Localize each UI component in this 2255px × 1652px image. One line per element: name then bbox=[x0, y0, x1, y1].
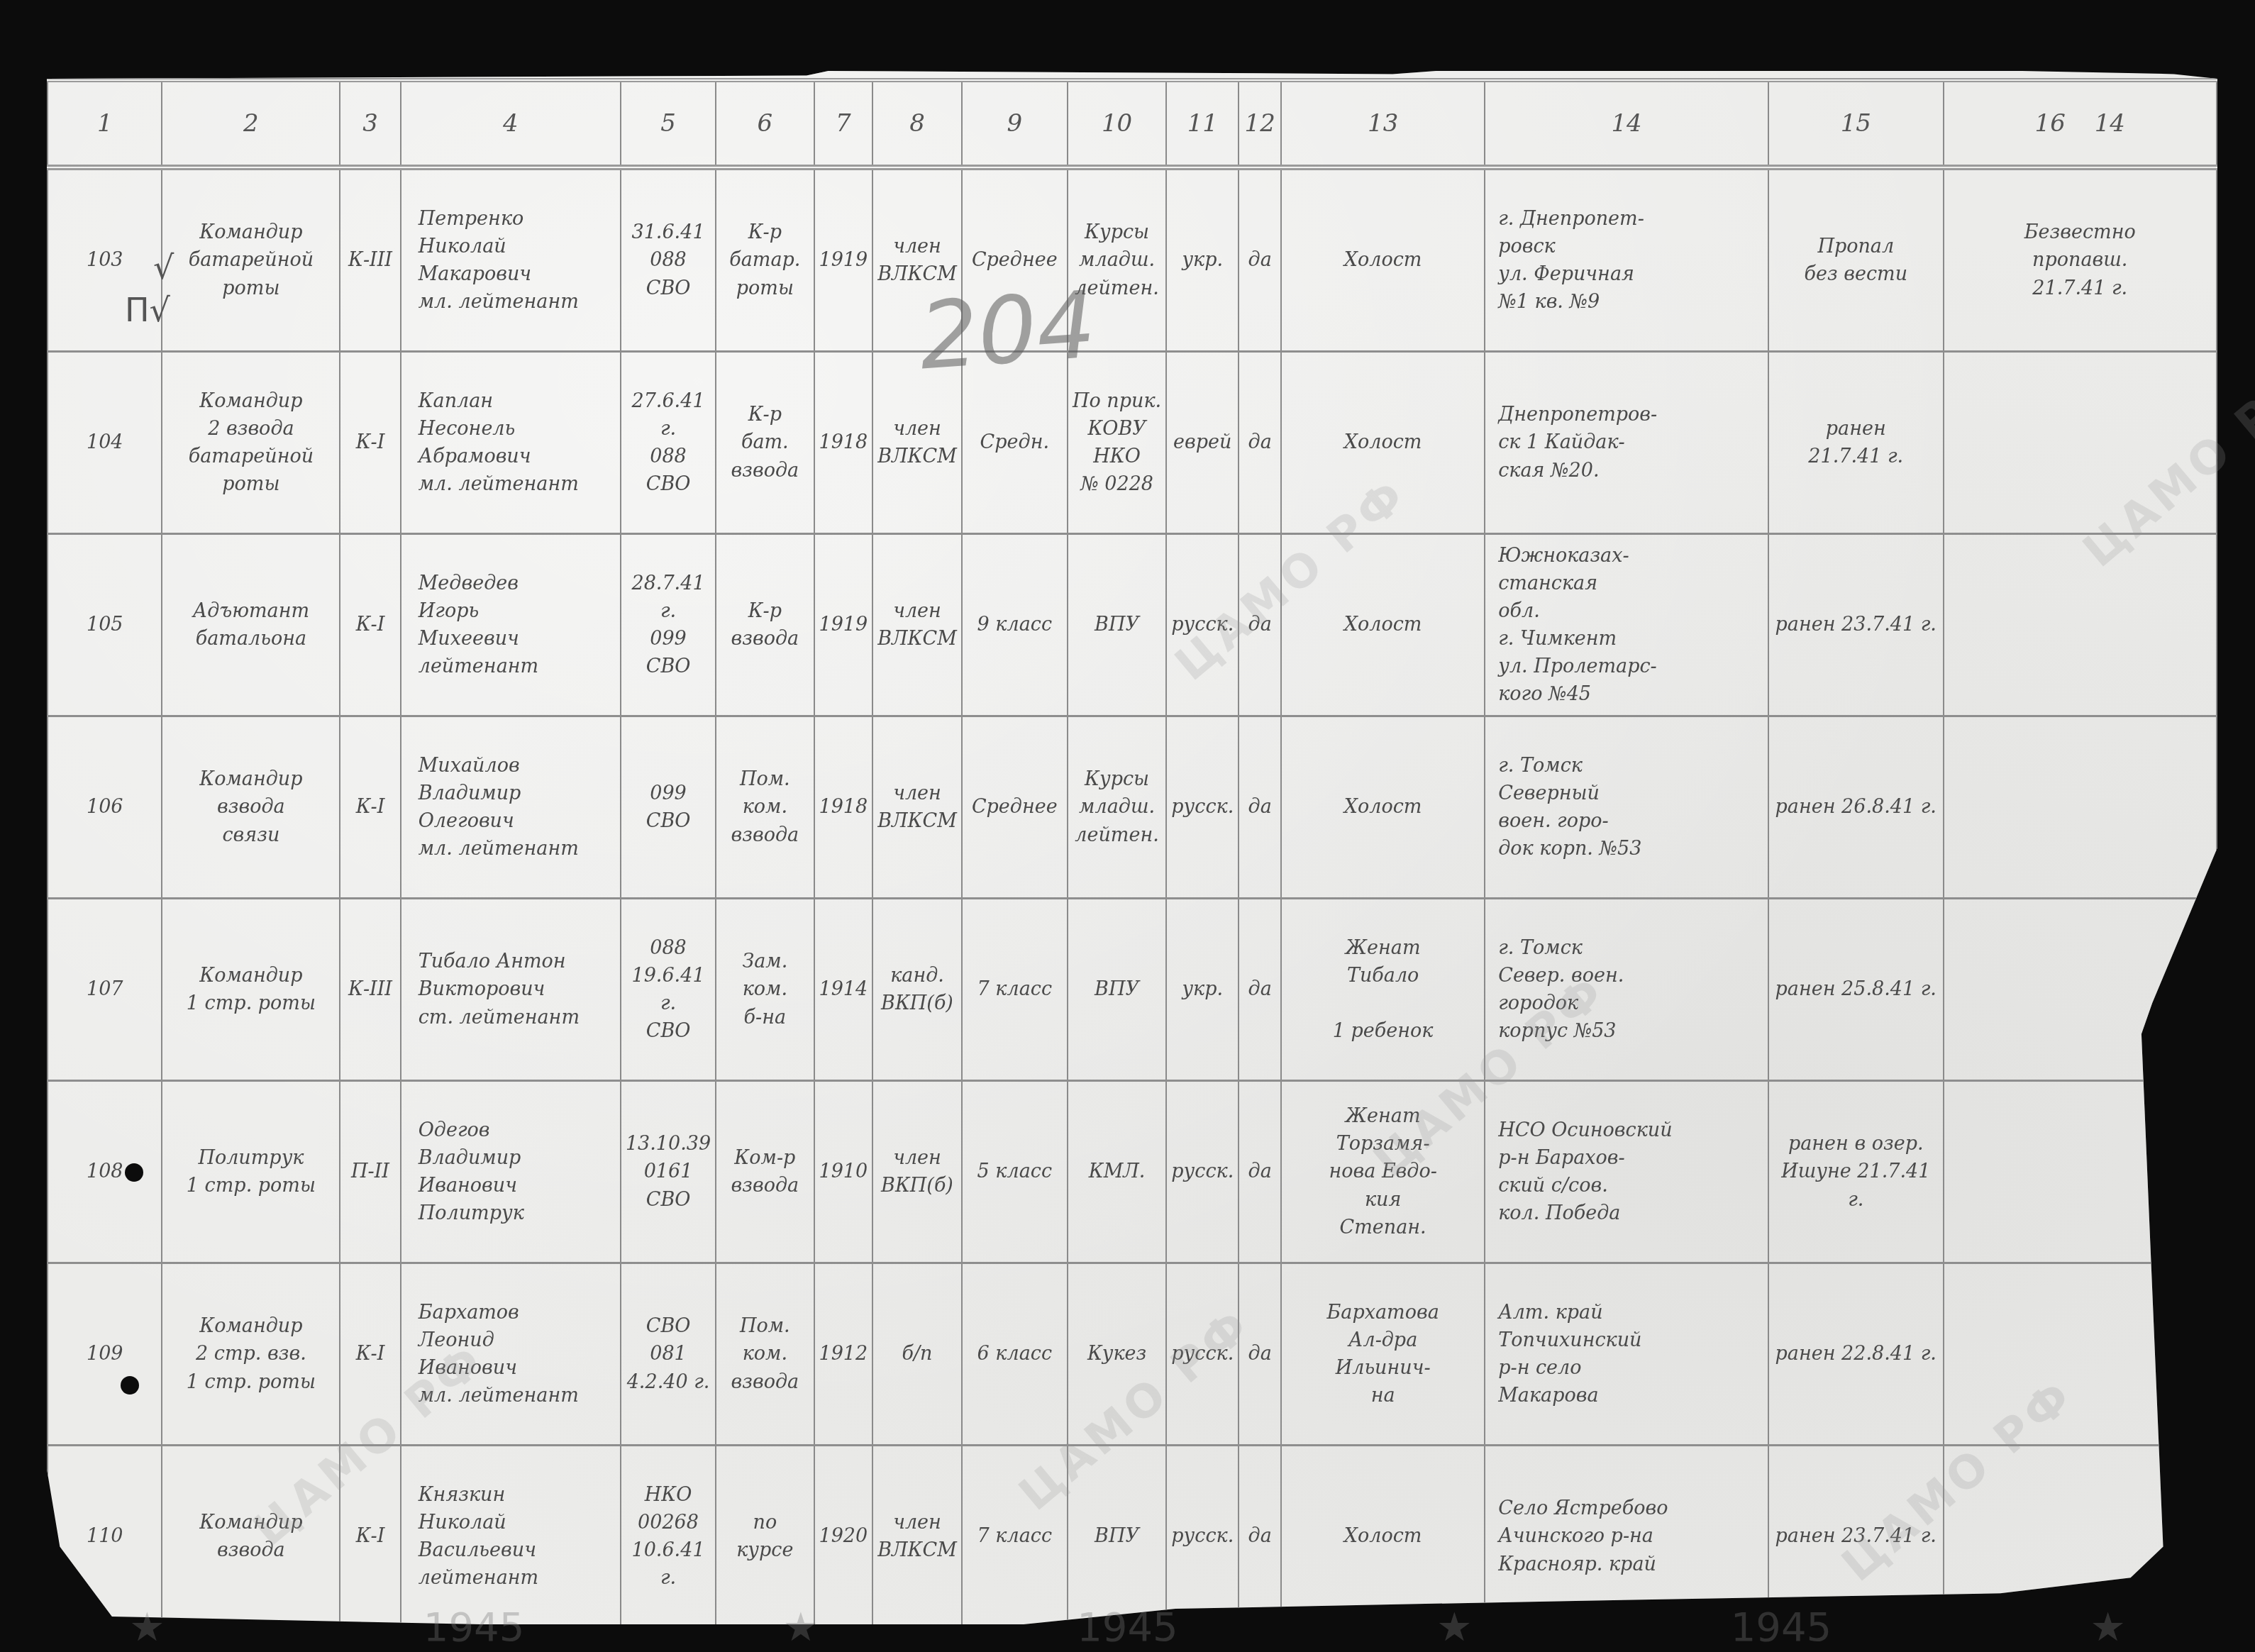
cell-position: Политрук 1 стр. роты bbox=[162, 1081, 340, 1263]
col-header: 4 bbox=[401, 80, 621, 167]
cell-birth-year: 1914 bbox=[814, 899, 873, 1081]
cell-fate: Пропал без вести bbox=[1768, 167, 1944, 352]
cell-party: член ВЛКСМ bbox=[872, 716, 962, 899]
cell-birth-year: 1910 bbox=[814, 1081, 873, 1263]
cell-family: Холост bbox=[1281, 1446, 1485, 1628]
cell-position: Командир взвода связи bbox=[162, 716, 340, 899]
table-row: 104Командир 2 взвода батарейной ротыК-IК… bbox=[48, 352, 2217, 534]
cell-order: СВО 081 4.2.40 г. bbox=[621, 1263, 716, 1446]
col-header: 1 bbox=[48, 80, 162, 167]
cell-order: 31.6.41 088 СВО bbox=[621, 167, 716, 352]
cell-fate: ранен 21.7.41 г. bbox=[1768, 352, 1944, 534]
col-header: 3 bbox=[340, 80, 400, 167]
cell-category: К-III bbox=[340, 167, 400, 352]
cell-party: канд. ВКП(б) bbox=[872, 899, 962, 1081]
cell-education: 6 класс bbox=[962, 1263, 1068, 1446]
cell-col12: да bbox=[1239, 1446, 1281, 1628]
corner-mark: П√ bbox=[125, 291, 170, 329]
cell-education: 5 класс bbox=[962, 1081, 1068, 1263]
cell-appointed: Зам. ком. б-на bbox=[716, 899, 814, 1081]
column-number-header: 1 2 3 4 5 6 7 8 9 10 11 12 13 14 15 16 1… bbox=[48, 80, 2217, 167]
cell-family: Холост bbox=[1281, 716, 1485, 899]
table-row: 105Адъютант батальонаК-IМедведев Игорь М… bbox=[48, 534, 2217, 716]
col-header: 13 bbox=[1281, 80, 1485, 167]
col-header: 9 bbox=[962, 80, 1068, 167]
cell-name: Михайлов Владимир Олегович мл. лейтенант bbox=[401, 716, 621, 899]
year-mark: 1945 bbox=[423, 1604, 525, 1651]
cell-category: П-II bbox=[340, 1081, 400, 1263]
cell-col12: да bbox=[1239, 716, 1281, 899]
cell-military-edu: Курсы младш. лейтен. bbox=[1068, 716, 1167, 899]
cell-note: Безвестно пропавш. 21.7.41 г. bbox=[1944, 167, 2217, 352]
cell-birth-year: 1912 bbox=[814, 1263, 873, 1446]
col-header: 12 bbox=[1239, 80, 1281, 167]
table-row: 106Командир взвода связиК-IМихайлов Влад… bbox=[48, 716, 2217, 899]
cell-col12: да bbox=[1239, 167, 1281, 352]
star-icon: ★ bbox=[783, 1604, 819, 1651]
cell-order: 27.6.41 г. 088 СВО bbox=[621, 352, 716, 534]
col-header: 15 bbox=[1768, 80, 1944, 167]
cell-num: 104 bbox=[48, 352, 162, 534]
cell-birth-year: 1918 bbox=[814, 352, 873, 534]
cell-num: 108 bbox=[48, 1081, 162, 1263]
cell-note bbox=[1944, 1081, 2217, 1263]
cell-name: Каплан Несонель Абрамович мл. лейтенант bbox=[401, 352, 621, 534]
cell-education: Среднее bbox=[962, 716, 1068, 899]
cell-name: Медведев Игорь Михеевич лейтенант bbox=[401, 534, 621, 716]
cell-order: 088 19.6.41 г. СВО bbox=[621, 899, 716, 1081]
cell-category: К-III bbox=[340, 899, 400, 1081]
cell-category: К-I bbox=[340, 352, 400, 534]
cell-position: Командир батарейной роты bbox=[162, 167, 340, 352]
col-header: 11 bbox=[1166, 80, 1239, 167]
cell-education: 7 класс bbox=[962, 899, 1068, 1081]
col-header: 6 bbox=[716, 80, 814, 167]
cell-party: б/п bbox=[872, 1263, 962, 1446]
cell-birth-year: 1920 bbox=[814, 1446, 873, 1628]
cell-family: Женат Тибало 1 ребенок bbox=[1281, 899, 1485, 1081]
star-icon: ★ bbox=[129, 1604, 165, 1651]
cell-note bbox=[1944, 716, 2217, 899]
cell-col12: да bbox=[1239, 1081, 1281, 1263]
cell-fate: ранен 23.7.41 г. bbox=[1768, 534, 1944, 716]
cell-appointed: Ком-р взвода bbox=[716, 1081, 814, 1263]
col-header: 16 14 bbox=[1944, 80, 2217, 167]
cell-nationality: еврей bbox=[1166, 352, 1239, 534]
cell-nationality: укр. bbox=[1166, 167, 1239, 352]
cell-military-edu: ВПУ bbox=[1068, 899, 1167, 1081]
cell-nationality: русск. bbox=[1166, 1081, 1239, 1263]
star-icon: ★ bbox=[1436, 1604, 1472, 1651]
cell-appointed: по курсе bbox=[716, 1446, 814, 1628]
cell-position: Командир 1 стр. роты bbox=[162, 899, 340, 1081]
cell-birth-year: 1919 bbox=[814, 167, 873, 352]
col-header-label: 16 bbox=[2035, 109, 2066, 138]
cell-address: Днепропетров- ск 1 Кайдак- ская №20. bbox=[1485, 352, 1768, 534]
col-header: 2 bbox=[162, 80, 340, 167]
cell-fate: ранен в озер. Ишуне 21.7.41 г. bbox=[1768, 1081, 1944, 1263]
cell-education: 9 класс bbox=[962, 534, 1068, 716]
archive-stamp-number: 204 bbox=[916, 271, 1099, 391]
cell-address: г. Днепропет- ровск ул. Феричная №1 кв. … bbox=[1485, 167, 1768, 352]
cell-appointed: Пом. ком. взвода bbox=[716, 716, 814, 899]
col-header: 5 bbox=[621, 80, 716, 167]
cell-col12: да bbox=[1239, 352, 1281, 534]
cell-category: К-I bbox=[340, 534, 400, 716]
col-header: 10 bbox=[1068, 80, 1167, 167]
cell-family: Холост bbox=[1281, 167, 1485, 352]
archive-footer-band: ★1945★1945★1945★ bbox=[0, 1602, 2255, 1652]
table-row: 103Командир батарейной ротыК-IIIПетренко… bbox=[48, 167, 2217, 352]
cell-name: Тибало Антон Викторович ст. лейтенант bbox=[401, 899, 621, 1081]
cell-note bbox=[1944, 534, 2217, 716]
cell-birth-year: 1918 bbox=[814, 716, 873, 899]
check-mark: √ bbox=[153, 248, 174, 287]
star-icon: ★ bbox=[2090, 1604, 2126, 1651]
year-mark: 1945 bbox=[1077, 1604, 1178, 1651]
cell-address: Южноказах- станская обл. г. Чимкент ул. … bbox=[1485, 534, 1768, 716]
cell-note bbox=[1944, 1263, 2217, 1446]
cell-party: член ВКП(б) bbox=[872, 1081, 962, 1263]
table-row: 107Командир 1 стр. ротыК-IIIТибало Антон… bbox=[48, 899, 2217, 1081]
cell-address: Алт. край Топчихинский р-н село Макарова bbox=[1485, 1263, 1768, 1446]
cell-num: 107 bbox=[48, 899, 162, 1081]
cell-address: Село Ястребово Ачинского р-на Краснояр. … bbox=[1485, 1446, 1768, 1628]
cell-party: член ВЛКСМ bbox=[872, 1446, 962, 1628]
cell-appointed: К-р взвода bbox=[716, 534, 814, 716]
cell-name: Князкин Николай Васильевич лейтенант bbox=[401, 1446, 621, 1628]
cell-fate: ранен 26.8.41 г. bbox=[1768, 716, 1944, 899]
cell-name: Одегов Владимир Иванович Политрук bbox=[401, 1081, 621, 1263]
cell-position: Командир 2 взвода батарейной роты bbox=[162, 352, 340, 534]
header-extra-mark: 14 bbox=[2095, 109, 2125, 138]
cell-position: Адъютант батальона bbox=[162, 534, 340, 716]
cell-col12: да bbox=[1239, 1263, 1281, 1446]
cell-appointed: К-р бат. взвода bbox=[716, 352, 814, 534]
cell-col12: да bbox=[1239, 899, 1281, 1081]
cell-order: 13.10.39 0161 СВО bbox=[621, 1081, 716, 1263]
table-row: 108Политрук 1 стр. ротыП-IIОдегов Владим… bbox=[48, 1081, 2217, 1263]
cell-num: 105 bbox=[48, 534, 162, 716]
cell-address: г. Томск Северный воен. горо- док корп. … bbox=[1485, 716, 1768, 899]
cell-note bbox=[1944, 899, 2217, 1081]
cell-military-edu: ВПУ bbox=[1068, 534, 1167, 716]
cell-category: К-I bbox=[340, 716, 400, 899]
cell-order: НКО 00268 10.6.41 г. bbox=[621, 1446, 716, 1628]
cell-appointed: К-р батар. роты bbox=[716, 167, 814, 352]
cell-address: НСО Осиновский р-н Барахов- ский с/сов. … bbox=[1485, 1081, 1768, 1263]
cell-party: член ВЛКСМ bbox=[872, 534, 962, 716]
cell-num: 109 bbox=[48, 1263, 162, 1446]
cell-order: 28.7.41 г. 099 СВО bbox=[621, 534, 716, 716]
cell-position: Командир 2 стр. взв. 1 стр. роты bbox=[162, 1263, 340, 1446]
year-mark: 1945 bbox=[1731, 1604, 1832, 1651]
cell-birth-year: 1919 bbox=[814, 534, 873, 716]
cell-family: Бархатова Ал-дра Ильинич- на bbox=[1281, 1263, 1485, 1446]
cell-fate: ранен 25.8.41 г. bbox=[1768, 899, 1944, 1081]
cell-nationality: русск. bbox=[1166, 1446, 1239, 1628]
col-header: 8 bbox=[872, 80, 962, 167]
cell-order: 099 СВО bbox=[621, 716, 716, 899]
col-header: 14 bbox=[1485, 80, 1768, 167]
cell-nationality: укр. bbox=[1166, 899, 1239, 1081]
cell-num: 106 bbox=[48, 716, 162, 899]
cell-fate: ранен 22.8.41 г. bbox=[1768, 1263, 1944, 1446]
col-header: 7 bbox=[814, 80, 873, 167]
cell-num: 110 bbox=[48, 1446, 162, 1628]
cell-name: Петренко Николай Макарович мл. лейтенант bbox=[401, 167, 621, 352]
cell-appointed: Пом. ком. взвода bbox=[716, 1263, 814, 1446]
cell-nationality: русск. bbox=[1166, 716, 1239, 899]
cell-military-edu: КМЛ. bbox=[1068, 1081, 1167, 1263]
